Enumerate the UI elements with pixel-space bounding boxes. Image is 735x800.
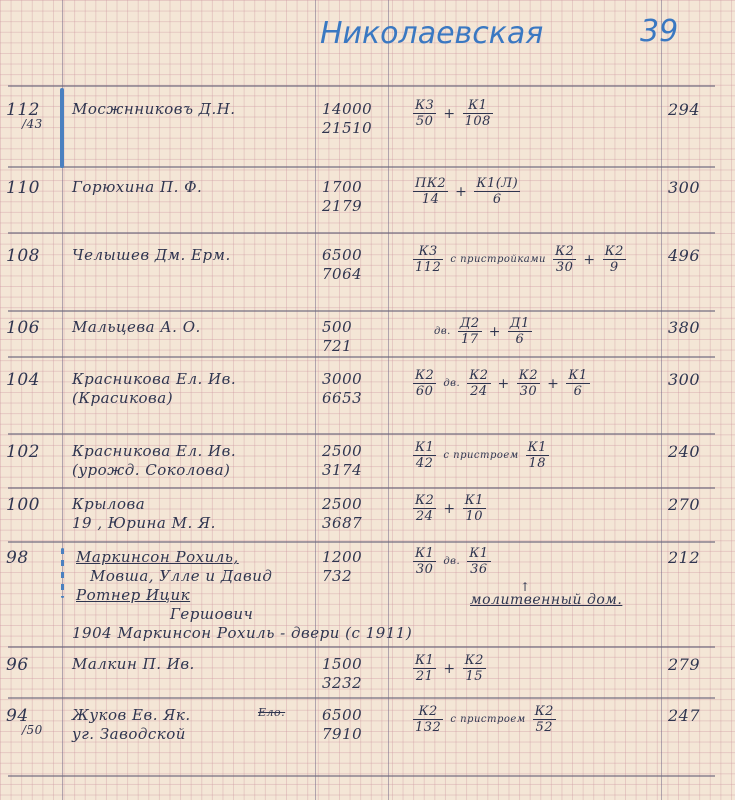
house-number: 110 <box>6 178 40 198</box>
fraction: К252 <box>533 704 556 735</box>
total-value: 300 <box>668 370 700 389</box>
fraction: К350 <box>413 98 436 129</box>
fraction-group: К121+К215 <box>410 653 489 684</box>
total-value: 300 <box>668 178 700 197</box>
row-separator <box>8 775 715 777</box>
fraction: К118 <box>526 440 549 471</box>
fraction-denominator: 10 <box>463 509 486 524</box>
house-number: 98 <box>6 548 29 568</box>
fraction: К224 <box>467 368 490 399</box>
owner-name: 1904 Маркинсон Рохиль - двери (с 1911) <box>72 624 412 642</box>
fraction-group: К3112с пристройкамиК230+К29 <box>410 244 629 275</box>
fraction-numerator: К1 <box>413 440 436 456</box>
row-separator <box>8 356 715 358</box>
fraction: К110 <box>463 493 486 524</box>
fraction-numerator: К3 <box>413 98 436 114</box>
fraction: К130 <box>413 546 436 577</box>
assessed-value: 7910 <box>322 725 362 744</box>
owner-name: Челышев Дм. Ерм. <box>72 246 231 264</box>
total-value: 279 <box>668 655 700 674</box>
owner-name: (Красикова) <box>72 389 173 407</box>
row-separator <box>8 166 715 168</box>
fraction-denominator: 14 <box>413 192 448 207</box>
fraction-numerator: К2 <box>533 704 556 720</box>
owner-name: 19 , Юрина М. Я. <box>72 514 216 532</box>
fraction-denominator: 50 <box>413 114 436 129</box>
total-value: 294 <box>668 100 700 119</box>
fraction-numerator: К1 <box>526 440 549 456</box>
plus-sign: + <box>455 184 467 200</box>
assessed-value: 6500 <box>322 706 362 725</box>
fraction: ПК214 <box>413 176 448 207</box>
house-sub-number: /50 <box>22 723 43 737</box>
total-value: 212 <box>668 548 700 567</box>
owner-name: Красникова Ел. Ив. <box>72 442 236 460</box>
assessed-value: 6500 <box>322 246 362 265</box>
fraction-note: дв. <box>443 378 460 389</box>
fraction-group: К130дв.К136 <box>410 546 494 577</box>
total-value: 270 <box>668 495 700 514</box>
owner-name: Горюхина П. Ф. <box>72 178 202 196</box>
street-title: Николаевская <box>320 16 543 51</box>
fraction-denominator: 18 <box>526 456 549 471</box>
fraction-numerator: К1 <box>413 653 436 669</box>
fraction-denominator: 132 <box>413 720 443 735</box>
assessed-value: 721 <box>322 337 352 356</box>
fraction-denominator: 30 <box>413 562 436 577</box>
fraction-group: К350+К1108 <box>410 98 496 129</box>
fraction-numerator: Д2 <box>458 316 482 332</box>
fraction: К142 <box>413 440 436 471</box>
fraction-denominator: 24 <box>413 509 436 524</box>
fraction-numerator: К1 <box>467 546 490 562</box>
fraction-numerator: К1 <box>566 368 589 384</box>
fraction: К215 <box>463 653 486 684</box>
house-number: 96 <box>6 655 29 675</box>
owner-name: Мовша, Улле и Давид <box>90 567 272 585</box>
fraction-denominator: 9 <box>603 260 626 275</box>
row-separator <box>8 697 715 699</box>
fraction: К224 <box>413 493 436 524</box>
fraction-group: К224+К110 <box>410 493 489 524</box>
fraction-numerator: ПК2 <box>413 176 448 192</box>
assessed-value: 1500 <box>322 655 362 674</box>
fraction-denominator: 24 <box>467 384 490 399</box>
house-number: 104 <box>6 370 40 390</box>
fraction-group: К142с пристроемК118 <box>410 440 552 471</box>
fraction-group: К2132с пристроемК252 <box>410 704 559 735</box>
total-value: 380 <box>668 318 700 337</box>
fraction-denominator: 36 <box>467 562 490 577</box>
fraction-denominator: 21 <box>413 669 436 684</box>
fraction: К230 <box>517 368 540 399</box>
plus-sign: + <box>547 376 559 392</box>
fraction-denominator: 6 <box>566 384 589 399</box>
assessed-value: 2179 <box>322 197 362 216</box>
fraction-numerator: К3 <box>413 244 443 260</box>
fraction-numerator: К2 <box>467 368 490 384</box>
fraction-note: с пристроем <box>450 714 525 725</box>
assessed-value: 3687 <box>322 514 362 533</box>
assessed-value: 3232 <box>322 674 362 693</box>
margin-marker-dotted <box>61 548 64 598</box>
assessed-value: 21510 <box>322 119 372 138</box>
row-separator <box>8 433 715 435</box>
assessed-value: 1200 <box>322 548 362 567</box>
plus-sign: + <box>443 501 455 517</box>
fraction-denominator: 17 <box>458 332 482 347</box>
fraction-denominator: 30 <box>517 384 540 399</box>
owner-name: Ротнер Ицик <box>76 586 190 604</box>
fraction-note: дв. <box>434 326 451 337</box>
assessed-value: 2500 <box>322 442 362 461</box>
owner-name: (урожд. Соколова) <box>72 461 230 479</box>
fraction: К16 <box>566 368 589 399</box>
fraction: К121 <box>413 653 436 684</box>
owner-name: Маркинсон Рохиль, <box>76 548 239 566</box>
fraction-note: с пристройками <box>450 254 546 265</box>
fraction-denominator: 6 <box>474 192 520 207</box>
fraction-numerator: К2 <box>603 244 626 260</box>
row-separator <box>8 487 715 489</box>
fraction-numerator: К2 <box>413 368 436 384</box>
fraction: К1(Л)6 <box>474 176 520 207</box>
assessed-value: 3000 <box>322 370 362 389</box>
fraction: К29 <box>603 244 626 275</box>
assessed-value: 732 <box>322 567 352 586</box>
fraction-numerator: К2 <box>413 704 443 720</box>
row-separator <box>8 232 715 234</box>
column-rule-total <box>661 0 662 800</box>
house-number: 108 <box>6 246 40 266</box>
fraction: К3112 <box>413 244 443 275</box>
row-separator <box>8 541 715 543</box>
assessed-value: 2500 <box>322 495 362 514</box>
fraction: К136 <box>467 546 490 577</box>
total-value: 496 <box>668 246 700 265</box>
annotation: молитвенный дом. <box>470 592 640 608</box>
owner-name: Красникова Ел. Ив. <box>72 370 236 388</box>
total-value: 240 <box>668 442 700 461</box>
owner-name: уг. Заводской <box>72 725 186 743</box>
page-number: 39 <box>640 14 678 49</box>
fraction-numerator: К2 <box>413 493 436 509</box>
fraction-numerator: Д1 <box>508 316 532 332</box>
assessed-value: 6653 <box>322 389 362 408</box>
fraction-denominator: 42 <box>413 456 436 471</box>
owner-name: Мосжнниковъ Д.Н. <box>72 100 236 118</box>
owner-name: Гершович <box>170 605 253 623</box>
margin-marker <box>60 88 64 168</box>
fraction: Д217 <box>458 316 482 347</box>
assessed-value: 1700 <box>322 178 362 197</box>
house-sub-number: /43 <box>22 117 43 131</box>
fraction-numerator: К2 <box>463 653 486 669</box>
owner-name: Мальцева А. О. <box>72 318 201 336</box>
owner-name: Малкин П. Ив. <box>72 655 195 673</box>
row-separator <box>8 646 715 648</box>
fraction-numerator: К2 <box>553 244 576 260</box>
owner-name: Крылова <box>72 495 145 513</box>
fraction-numerator: К1 <box>413 546 436 562</box>
fraction-denominator: 108 <box>463 114 493 129</box>
fraction-group: ПК214+К1(Л)6 <box>410 176 523 207</box>
fraction-numerator: К1 <box>463 493 486 509</box>
plus-sign: + <box>489 324 501 340</box>
fraction: К230 <box>553 244 576 275</box>
fraction-denominator: 60 <box>413 384 436 399</box>
plus-sign: + <box>583 252 595 268</box>
column-rule-values <box>388 0 389 800</box>
house-number: 106 <box>6 318 40 338</box>
fraction: Д16 <box>508 316 532 347</box>
house-number: 100 <box>6 495 40 515</box>
house-number: 102 <box>6 442 40 462</box>
fraction-numerator: К1(Л) <box>474 176 520 192</box>
fraction: К1108 <box>463 98 493 129</box>
fraction: К2132 <box>413 704 443 735</box>
fraction-denominator: 52 <box>533 720 556 735</box>
fraction-group: К260дв.К224+К230+К16 <box>410 368 593 399</box>
fraction-group: дв.Д217+Д16 <box>430 316 535 347</box>
struck-text: Ело. <box>258 706 285 719</box>
fraction-note: с пристроем <box>443 450 518 461</box>
column-rule-owner <box>315 0 316 800</box>
assessed-value: 3174 <box>322 461 362 480</box>
row-separator <box>8 85 715 87</box>
row-separator <box>8 310 715 312</box>
fraction-denominator: 112 <box>413 260 443 275</box>
assessed-value: 500 <box>322 318 352 337</box>
total-value: 247 <box>668 706 700 725</box>
fraction-note: дв. <box>443 556 460 567</box>
fraction-numerator: К2 <box>517 368 540 384</box>
fraction-numerator: К1 <box>463 98 493 114</box>
plus-sign: + <box>443 106 455 122</box>
assessed-value: 7064 <box>322 265 362 284</box>
owner-name: Жуков Ев. Як. <box>72 706 191 724</box>
assessed-value: 14000 <box>322 100 372 119</box>
plus-sign: + <box>498 376 510 392</box>
plus-sign: + <box>443 661 455 677</box>
fraction-denominator: 30 <box>553 260 576 275</box>
fraction: К260 <box>413 368 436 399</box>
fraction-denominator: 6 <box>508 332 532 347</box>
fraction-denominator: 15 <box>463 669 486 684</box>
